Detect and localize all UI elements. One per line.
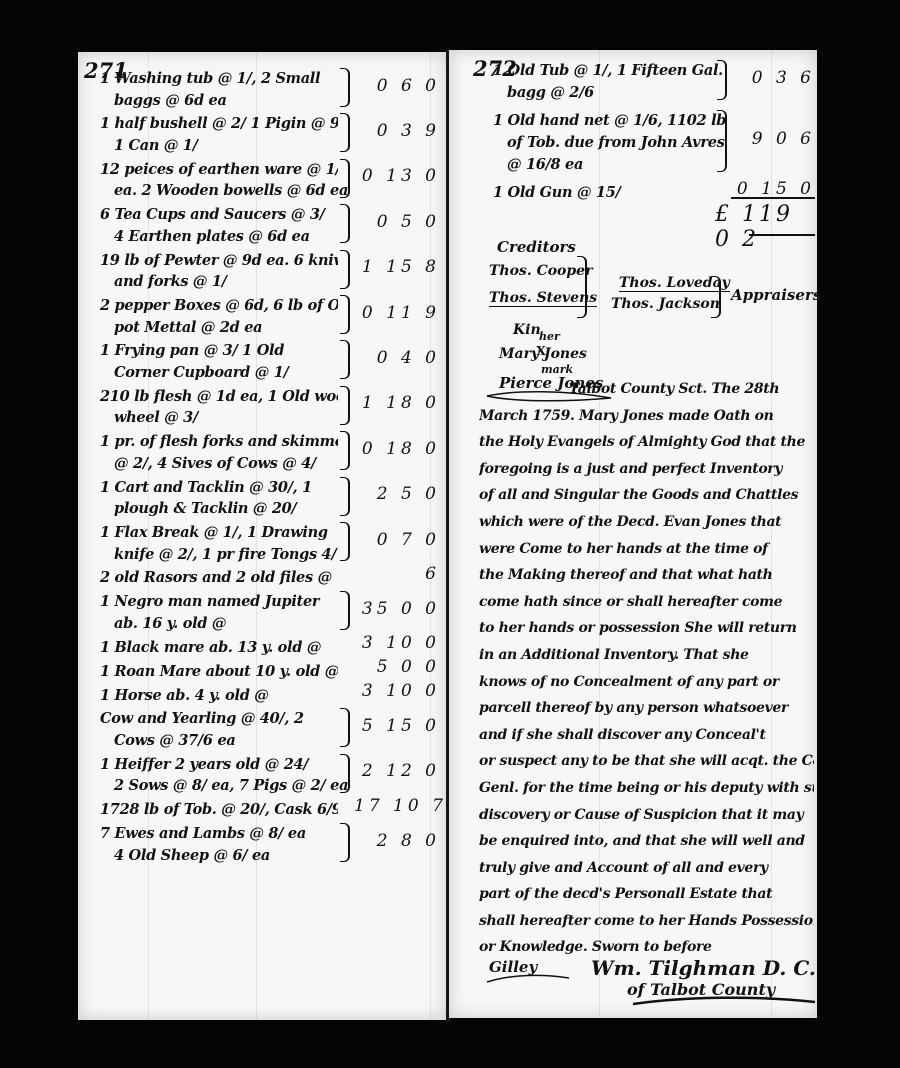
entry-amount: 0 13 0 bbox=[354, 166, 440, 186]
ledger-entry: 1 Flax Break @ 1/, 1 Drawingknife @ 2/, … bbox=[78, 520, 446, 563]
ledger-entry: 1 Roan Mare about 10 y. old @5 0 0 bbox=[78, 659, 446, 681]
entry-brace bbox=[340, 340, 350, 379]
entry-brace bbox=[340, 113, 350, 152]
entry-amount: 17 10 7 bbox=[354, 796, 440, 816]
oath-text: Talbot County Sct. The 28thMarch 1759. M… bbox=[479, 376, 814, 961]
oath-line: foregoing is a just and perfect Inventor… bbox=[479, 456, 814, 483]
entry-description: plough & Tacklin @ 20/ bbox=[100, 496, 352, 521]
oath-line: shall hereafter come to her Hands Posses… bbox=[479, 908, 814, 935]
entry-brace bbox=[340, 823, 350, 862]
oath-line: and if she shall discover any Conceal't bbox=[479, 722, 814, 749]
entry-brace bbox=[340, 477, 350, 516]
entry-description: 4 Earthen plates @ 6d ea bbox=[100, 224, 352, 249]
ledger-entry: 1 Black mare ab. 13 y. old @3 10 0 bbox=[78, 635, 446, 657]
inventory-total: £ 119 0 2 bbox=[715, 202, 817, 252]
total-underline bbox=[749, 234, 815, 236]
entry-amount: 0 3 6 bbox=[731, 68, 815, 88]
entry-brace bbox=[340, 708, 350, 747]
entry-amount: 5 0 0 bbox=[354, 657, 440, 677]
entry-description: 1 Black mare ab. 13 y. old @ bbox=[100, 635, 338, 660]
entry-amount: 2 12 0 bbox=[354, 761, 440, 781]
oath-line: or suspect any to be that she will acqt.… bbox=[479, 748, 814, 775]
entry-amount: 0 3 9 bbox=[354, 121, 440, 141]
ledger-entry: 210 lb flesh @ 1d ea, 1 Old woolenwheel … bbox=[78, 384, 446, 427]
entry-description: wheel @ 3/ bbox=[100, 405, 352, 430]
oath-line: the Making thereof and that what hath bbox=[479, 562, 814, 589]
entry-amount: 0 7 0 bbox=[354, 530, 440, 550]
entry-amount: 1 18 0 bbox=[354, 393, 440, 413]
ledger-entry: 1 Heiffer 2 years old @ 24/2 Sows @ 8/ e… bbox=[78, 752, 446, 795]
ledger-entry: 6 Tea Cups and Saucers @ 3/4 Earthen pla… bbox=[78, 202, 446, 245]
entry-amount: 6 bbox=[354, 564, 440, 584]
mark-her: her bbox=[539, 330, 560, 343]
signature-mark: X bbox=[535, 344, 547, 358]
right-ledger-page: 272 1 Old Tub @ 1/, 1 Fifteen Gal.bagg @… bbox=[449, 50, 817, 1018]
oath-line: be enquired into, and that she will well… bbox=[479, 828, 814, 855]
ledger-entry: 1 Old Tub @ 1/, 1 Fifteen Gal.bagg @ 2/6… bbox=[449, 58, 817, 102]
ledger-entry: 7 Ewes and Lambs @ 8/ ea4 Old Sheep @ 6/… bbox=[78, 821, 446, 864]
ledger-entry: 1728 lb of Tob. @ 20/, Cask 6/917 10 7 bbox=[78, 797, 446, 819]
entry-amount: 0 15 0 bbox=[731, 179, 815, 199]
entry-description: pot Mettal @ 2d ea bbox=[100, 315, 352, 340]
entry-amount: 3 10 0 bbox=[354, 633, 440, 653]
entry-description: 2 old Rasors and 2 old files @ bbox=[100, 565, 338, 590]
appraiser-name: Thos. Jackson bbox=[611, 296, 720, 312]
ledger-entry: 1 pr. of flesh forks and skimmer@ 2/, 4 … bbox=[78, 429, 446, 472]
entry-brace bbox=[340, 386, 350, 425]
entry-amount: 0 18 0 bbox=[354, 439, 440, 459]
official-signature: Wm. Tilghman D. C. bbox=[591, 956, 816, 980]
pound-sign: £ bbox=[715, 202, 732, 227]
appraisers-label: Appraisers bbox=[731, 286, 821, 304]
total-rule bbox=[731, 197, 815, 199]
entry-brace bbox=[340, 431, 350, 470]
ledger-entry: 12 peices of earthen ware @ 1/ea. 2 Wood… bbox=[78, 157, 446, 200]
appraisers-brace bbox=[711, 276, 721, 318]
oath-line: the Holy Evangels of Almighty God that t… bbox=[479, 429, 814, 456]
oath-line: parcell thereof by any person whatsoever bbox=[479, 695, 814, 722]
ledger-entry: 1 Frying pan @ 3/ 1 OldCorner Cupboard @… bbox=[78, 338, 446, 381]
entry-description: 1 Can @ 1/ bbox=[100, 133, 352, 158]
entry-brace bbox=[717, 60, 727, 100]
entry-amount: 35 0 0 bbox=[354, 599, 440, 619]
oath-line: come hath since or shall hereafter come bbox=[479, 589, 814, 616]
oath-line: to her hands or possession She will retu… bbox=[479, 615, 814, 642]
entry-amount: 0 6 0 bbox=[354, 76, 440, 96]
entry-amount: 2 5 0 bbox=[354, 484, 440, 504]
signature-flourish bbox=[483, 970, 573, 988]
entry-brace bbox=[340, 522, 350, 561]
ledger-entry: 1 Cart and Tacklin @ 30/, 1plough & Tack… bbox=[78, 475, 446, 518]
ledger-entry: 1 Horse ab. 4 y. old @3 10 0 bbox=[78, 683, 446, 705]
entry-amount: 0 4 0 bbox=[354, 348, 440, 368]
entry-description: ab. 16 y. old @ bbox=[100, 611, 352, 636]
ledger-entry: 1 Negro man named Jupiterab. 16 y. old @… bbox=[78, 589, 446, 632]
oath-line: of all and Singular the Goods and Chattl… bbox=[479, 482, 814, 509]
creditors-brace bbox=[577, 256, 587, 318]
ledger-entry: 1 Washing tub @ 1/, 2 Smallbaggs @ 6d ea… bbox=[78, 66, 446, 109]
oath-line: which were of the Decd. Evan Jones that bbox=[479, 509, 814, 536]
oath-line: truly give and Account of all and every bbox=[479, 855, 814, 882]
ledger-entry: 2 old Rasors and 2 old files @6 bbox=[78, 565, 446, 587]
ledger-entry: 1 Old hand net @ 1/6, 1102 lbof Tob. due… bbox=[449, 108, 817, 174]
entry-amount: 0 11 9 bbox=[354, 303, 440, 323]
entry-description: Corner Cupboard @ 1/ bbox=[100, 360, 352, 385]
entry-description: Cows @ 37/6 ea bbox=[100, 728, 352, 753]
ledger-entry: Cow and Yearling @ 40/, 2Cows @ 37/6 ea5… bbox=[78, 706, 446, 749]
creditors-heading: Creditors bbox=[497, 238, 576, 256]
entry-description: and forks @ 1/ bbox=[100, 269, 352, 294]
ledger-entry: 1 half bushell @ 2/ 1 Pigin @ 9d1 Can @ … bbox=[78, 111, 446, 154]
entry-amount: 2 8 0 bbox=[354, 831, 440, 851]
entry-amount: 5 15 0 bbox=[354, 716, 440, 736]
oath-line: in an Additional Inventory. That she bbox=[479, 642, 814, 669]
entry-amount: 9 0 6 bbox=[731, 129, 815, 149]
oath-line: discovery or Cause of Suspicion that it … bbox=[479, 802, 814, 829]
entry-description: 1 Roan Mare about 10 y. old @ bbox=[100, 659, 338, 684]
oath-line: were Come to her hands at the time of bbox=[479, 536, 814, 563]
signature-flourish bbox=[629, 990, 819, 1010]
oath-line: knows of no Concealment of any part or bbox=[479, 669, 814, 696]
oath-line: Talbot County Sct. The 28th bbox=[479, 376, 814, 403]
entry-brace bbox=[340, 295, 350, 334]
entry-amount: 0 5 0 bbox=[354, 212, 440, 232]
entry-description: 1 Horse ab. 4 y. old @ bbox=[100, 683, 338, 708]
entry-brace bbox=[340, 204, 350, 243]
entry-description: 2 Sows @ 8/ ea, 7 Pigs @ 2/ ea bbox=[100, 773, 352, 798]
entry-brace bbox=[340, 591, 350, 630]
kin-heading: Kin bbox=[513, 322, 541, 338]
oath-line: March 1759. Mary Jones made Oath on bbox=[479, 403, 814, 430]
entry-description: 4 Old Sheep @ 6/ ea bbox=[100, 843, 352, 868]
entry-description: knife @ 2/, 1 pr fire Tongs 4/ bbox=[100, 542, 352, 567]
entry-brace bbox=[340, 159, 350, 198]
entry-amount: 3 10 0 bbox=[354, 681, 440, 701]
entry-brace bbox=[340, 68, 350, 107]
entry-amount: 1 15 8 bbox=[354, 257, 440, 277]
left-ledger-page: 271 1 Washing tub @ 1/, 2 Smallbaggs @ 6… bbox=[78, 52, 449, 1020]
entry-description: baggs @ 6d ea bbox=[100, 88, 352, 113]
ledger-entry: 19 lb of Pewter @ 9d ea. 6 knivesand for… bbox=[78, 248, 446, 291]
ledger-entry: 2 pepper Boxes @ 6d, 6 lb of Oldpot Mett… bbox=[78, 293, 446, 336]
entry-description: @ 16/8 ea bbox=[493, 152, 777, 177]
entry-brace bbox=[340, 754, 350, 793]
entry-description: ea. 2 Wooden bowells @ 6d ea bbox=[100, 178, 352, 203]
entry-brace bbox=[717, 110, 727, 172]
entry-brace bbox=[340, 250, 350, 289]
entry-description: @ 2/, 4 Sives of Cows @ 4/ bbox=[100, 451, 352, 476]
oath-line: Genl. for the time being or his deputy w… bbox=[479, 775, 814, 802]
oath-line: part of the decd's Personall Estate that bbox=[479, 881, 814, 908]
entry-description: 1728 lb of Tob. @ 20/, Cask 6/9 bbox=[100, 797, 338, 822]
